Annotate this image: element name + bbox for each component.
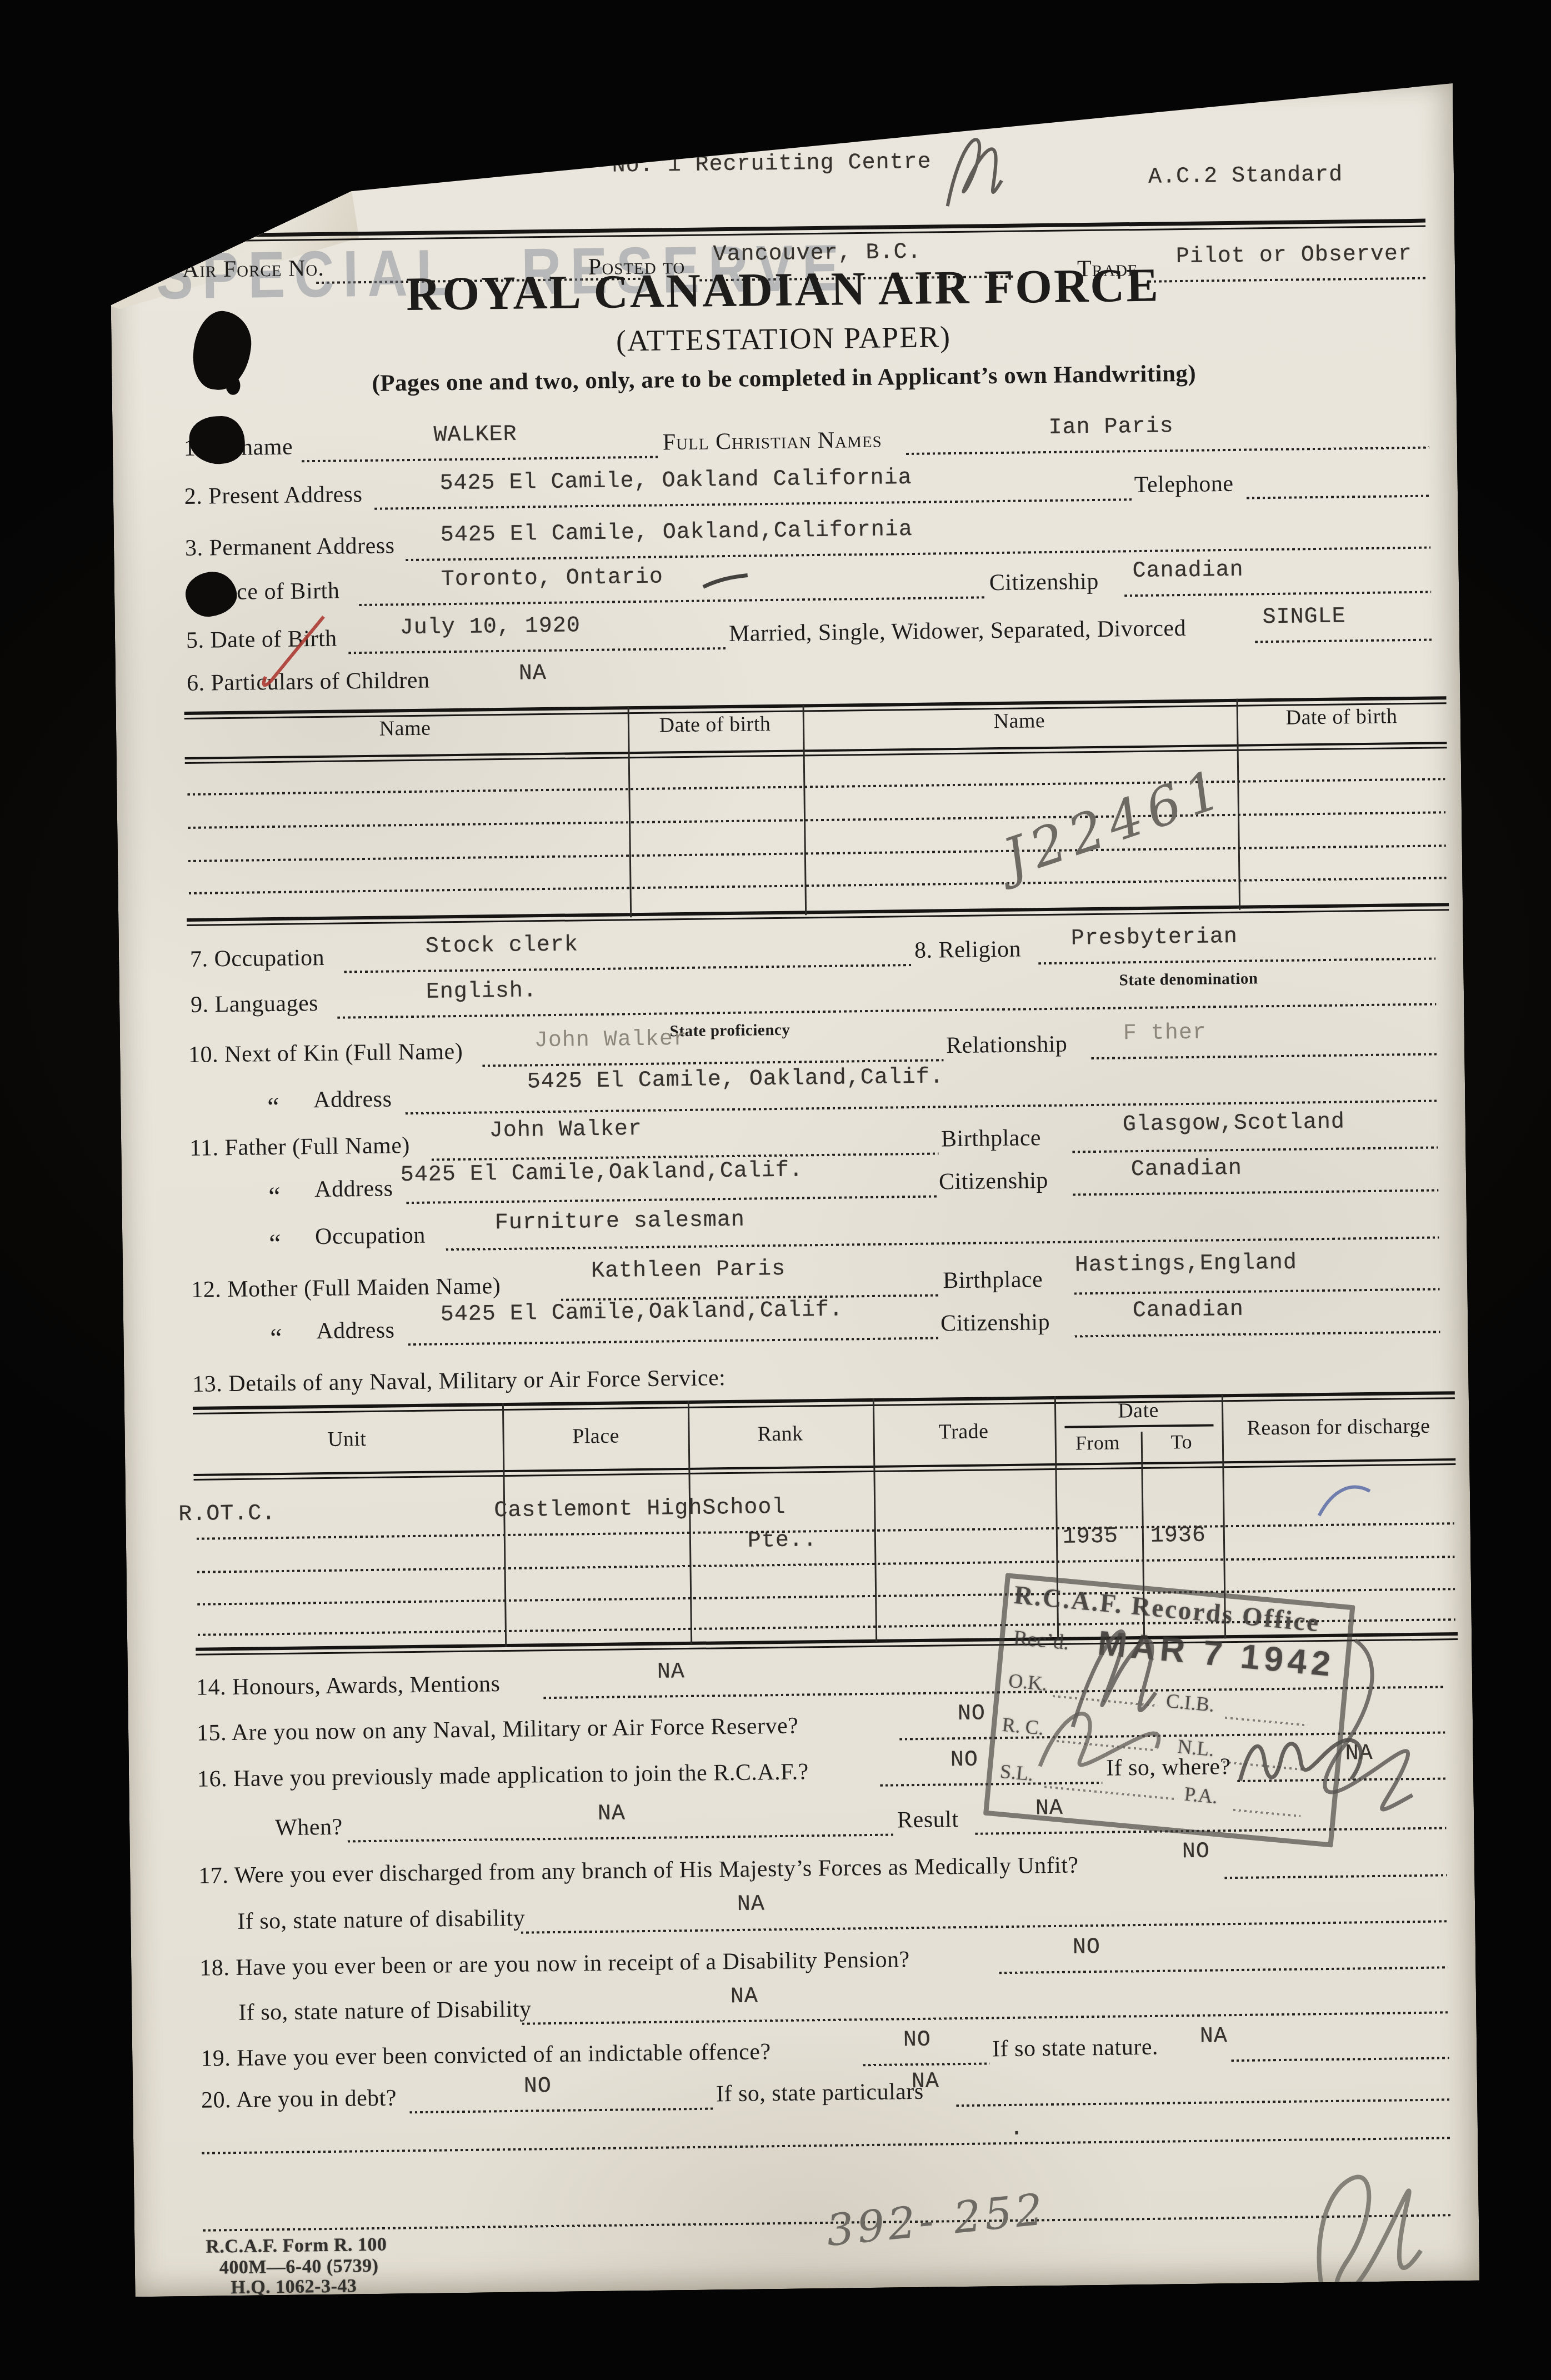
dotted-line — [1124, 591, 1431, 597]
svc-to-value: 1936 — [1150, 1523, 1207, 1549]
mother-address-label: Address — [316, 1317, 395, 1344]
convicted-question-label: 19. Have you ever been convicted of an i… — [201, 2038, 771, 2072]
dotted-line — [521, 1920, 1448, 1933]
ditto-mark: “ — [270, 1323, 282, 1353]
dotted-line — [1074, 1331, 1440, 1337]
reserve-question-value: NO — [958, 1701, 986, 1727]
dotted-line — [344, 964, 912, 973]
state-nature-label: If so state nature. — [992, 2034, 1158, 2063]
honours-label: 14. Honours, Awards, Mentions — [196, 1671, 501, 1701]
mother-address-value: 5425 El Camile,Oakland,Calif. — [441, 1298, 844, 1328]
dotted-line — [522, 2011, 1449, 2024]
svc-from-value: 1935 — [1063, 1524, 1119, 1550]
dotted-line — [408, 1337, 939, 1346]
dotted-line — [197, 1522, 1454, 1540]
debt-question-label: 20. Are you in debt? — [201, 2084, 397, 2113]
nok-address-label: Address — [313, 1086, 392, 1113]
dotted-line — [197, 1556, 1455, 1573]
dotted-line — [188, 844, 1446, 862]
mother-citizenship-value: Canadian — [1133, 1297, 1244, 1323]
table-column-line — [502, 1403, 507, 1647]
dotted-line — [202, 2137, 1450, 2154]
debt-particulars-label: If so, state particulars — [716, 2078, 924, 2108]
children-col-dob-1: Date of birth — [659, 712, 771, 737]
marital-status-value: SINGLE — [1262, 604, 1346, 630]
dotted-line — [337, 1003, 1436, 1018]
pension-question-label: 18. Have you ever been or are you now in… — [199, 1946, 910, 1982]
surname-value: WALKER — [433, 422, 517, 448]
place-of-birth-value: Toronto, Ontario — [441, 564, 664, 592]
when-label: When? — [275, 1814, 343, 1841]
svc-col-date: Date — [1118, 1398, 1159, 1423]
dotted-line — [1247, 495, 1430, 499]
mother-citizenship-label: Citizenship — [940, 1309, 1050, 1337]
telephone-label: Telephone — [1134, 471, 1233, 498]
next-of-kin-label: 10. Next of Kin (Full Name) — [188, 1038, 463, 1068]
reserve-question-label: 15. Are you now on any Naval, Military o… — [197, 1713, 799, 1747]
state-denomination-note: State denomination — [1119, 969, 1258, 989]
result-label: Result — [897, 1806, 959, 1833]
honours-value: NA — [657, 1659, 686, 1685]
mother-birthplace-value: Hastings,England — [1075, 1251, 1298, 1278]
svc-col-from: From — [1075, 1431, 1120, 1455]
dotted-line — [906, 447, 1429, 456]
previous-application-label: 16. Have you previously made application… — [197, 1758, 809, 1792]
ditto-mark: “ — [267, 1092, 279, 1122]
children-value: NA — [519, 661, 547, 687]
dotted-line — [348, 647, 726, 654]
dotted-line — [1073, 1189, 1438, 1196]
christian-names-value: Ian Paris — [1048, 414, 1174, 441]
father-name-value: John Walker — [489, 1117, 643, 1143]
table-border — [184, 696, 1447, 719]
svc-place-value: Castlemont HighSchool — [494, 1495, 786, 1523]
citizenship-value: Canadian — [1132, 558, 1244, 584]
page-subtitle: (ATTESTATION PAPER) — [616, 319, 952, 358]
dotted-line — [374, 498, 1132, 510]
occupation-value: Stock clerk — [426, 932, 579, 959]
dotted-line — [1231, 2057, 1449, 2062]
svc-rank-value: Pte.. — [748, 1528, 818, 1554]
discharged-unfit-label: 17. Were you ever discharged from any br… — [198, 1852, 1079, 1889]
state-proficiency-note: State proficiency — [670, 1021, 790, 1041]
mother-name-label: 12. Mother (Full Maiden Name) — [191, 1273, 501, 1303]
next-of-kin-value: John Walker — [534, 1027, 688, 1053]
date-of-birth-value: July 10, 1920 — [400, 613, 581, 641]
debt-question-value: NO — [524, 2074, 552, 2099]
citizenship-label: Citizenship — [989, 568, 1099, 596]
dotted-line — [1072, 1146, 1438, 1153]
handwritten-dash — [701, 570, 751, 593]
languages-value: English. — [426, 978, 538, 1004]
dotted-line — [863, 2062, 989, 2066]
languages-label: 9. Languages — [191, 990, 319, 1018]
when-value: NA — [598, 1801, 626, 1827]
father-birthplace-label: Birthplace — [941, 1124, 1042, 1152]
father-address-label: Address — [314, 1175, 393, 1203]
table-column-line — [873, 1398, 877, 1643]
dotted-line — [406, 547, 1430, 562]
dotted-line — [406, 1195, 937, 1204]
bottom-right-signature — [1289, 2128, 1458, 2352]
table-border — [185, 742, 1447, 764]
disability-nature-value: NA — [737, 1892, 766, 1917]
dotted-line — [1038, 957, 1435, 964]
handwriting-note: (Pages one and two, only, are to be comp… — [372, 360, 1196, 397]
air-force-no-value: R.157542 — [354, 148, 477, 178]
relationship-value: F ther — [1123, 1021, 1207, 1047]
svc-unit-value: R.OT.C. — [178, 1501, 276, 1527]
service-details-label: 13. Details of any Naval, Military or Ai… — [192, 1364, 726, 1398]
handwritten-number: 392- 252 — [824, 2184, 1048, 2256]
father-name-label: 11. Father (Full Name) — [189, 1132, 410, 1162]
recruiting-centre-value: No. 1 Recruiting Centre — [612, 149, 932, 178]
father-citizenship-label: Citizenship — [939, 1167, 1048, 1195]
father-occupation-value: Furniture salesman — [495, 1208, 746, 1236]
pension-nature-value: NA — [731, 1984, 759, 2010]
present-address-value: 5425 El Camile, Oakland California — [439, 466, 912, 496]
red-pen-mark — [253, 614, 337, 698]
children-col-dob-2: Date of birth — [1285, 704, 1397, 729]
svc-col-trade: Trade — [938, 1419, 988, 1444]
form-number-line1: R.C.A.F. Form R. 100 — [206, 2234, 387, 2258]
dotted-line — [446, 1236, 1439, 1251]
table-column-line — [803, 704, 807, 915]
children-col-name-1: Name — [379, 716, 431, 741]
present-address-label: 2. Present Address — [184, 481, 363, 510]
father-birthplace-value: Glasgow,Scotland — [1123, 1110, 1345, 1138]
form-number-line2: 400M—6-40 (5739) — [219, 2256, 379, 2278]
service-number-annotation: J22461 — [995, 757, 1234, 889]
svc-col-place: Place — [572, 1424, 619, 1449]
clerk-initials-signature — [930, 122, 1042, 217]
father-address-value: 5425 El Camile,Oakland,Calif. — [401, 1158, 804, 1188]
dotted-line — [999, 1966, 1448, 1974]
trade-value: Pilot or Observer — [1176, 242, 1413, 269]
dotted-line — [187, 778, 1445, 796]
disability-nature-label: If so, state nature of disability — [237, 1905, 526, 1935]
dotted-line — [409, 2108, 714, 2114]
mother-name-value: Kathleen Paris — [591, 1257, 786, 1284]
state-nature-value: NA — [1200, 2024, 1228, 2049]
table-column-line — [1237, 699, 1241, 910]
permanent-address-value: 5425 El Camile, Oakland,California — [441, 517, 913, 548]
father-occupation-label: Occupation — [315, 1222, 426, 1250]
dotted-line — [359, 596, 987, 606]
discharged-unfit-value: NO — [1182, 1839, 1210, 1865]
standard-value: A.C.2 Standard — [1148, 162, 1343, 189]
dotted-line — [1224, 1874, 1447, 1879]
convicted-question-value: NO — [903, 2028, 932, 2053]
children-col-name-2: Name — [993, 708, 1045, 733]
christian-names-label: Full Christian Names — [662, 427, 882, 456]
religion-value: Presbyterian — [1070, 924, 1238, 952]
religion-label: 8. Religion — [914, 936, 1022, 964]
dotted-line — [1255, 639, 1432, 643]
posted-to-value: Vancouver, B.C. — [713, 240, 922, 268]
permanent-address-label: 3. Permanent Address — [185, 532, 395, 562]
blue-pen-mark — [1314, 1479, 1376, 1524]
table-border — [187, 903, 1449, 926]
dotted-line — [188, 811, 1445, 829]
ink-blot — [189, 308, 255, 393]
debt-particulars-value: NA — [912, 2069, 940, 2095]
ink-blot — [226, 376, 240, 395]
date-underline — [1064, 1424, 1213, 1428]
table-border — [193, 1458, 1455, 1481]
relationship-label: Relationship — [946, 1031, 1068, 1059]
ditto-mark: “ — [269, 1228, 281, 1259]
mother-birthplace-label: Birthplace — [943, 1266, 1043, 1294]
svc-col-rank: Rank — [757, 1421, 803, 1446]
dotted-line — [956, 2098, 1449, 2107]
air-force-no-label: Air Force No. — [182, 255, 324, 283]
svc-col-unit: Unit — [328, 1427, 367, 1452]
pension-nature-label: If so, state nature of Disability — [238, 1996, 532, 2026]
dotted-line — [1148, 277, 1426, 283]
scan-background: Air Force No. R.157542 No. 1 Recruiting … — [0, 0, 1551, 2380]
previous-application-value: NO — [950, 1748, 979, 1773]
ditto-mark: “ — [268, 1181, 281, 1212]
occupation-label: 7. Occupation — [190, 944, 325, 973]
stray-period: . — [1010, 2117, 1024, 2142]
dotted-line — [302, 456, 660, 462]
dotted-line — [1074, 1288, 1440, 1294]
ink-blot — [183, 569, 239, 619]
marital-status-label: Married, Single, Widower, Separated, Div… — [729, 615, 1187, 647]
form-number-line3: H.Q. 1062-3-43 — [231, 2276, 357, 2298]
dotted-line — [1091, 1053, 1437, 1059]
attestation-paper: Air Force No. R.157542 No. 1 Recruiting … — [108, 83, 1479, 2297]
svc-col-reason: Reason for discharge — [1247, 1414, 1430, 1441]
father-citizenship-value: Canadian — [1131, 1156, 1243, 1182]
page-title: ROYAL CANADIAN AIR FORCE — [406, 257, 1160, 322]
table-column-line — [688, 1401, 692, 1645]
nok-address-value: 5425 El Camile, Oakland,Calif. — [527, 1064, 944, 1094]
if-so-where-label: If so, where? — [1106, 1753, 1231, 1782]
svc-col-to: To — [1170, 1430, 1192, 1453]
pension-question-value: NO — [1073, 1935, 1101, 1961]
dotted-line — [189, 877, 1447, 894]
handwritten-where-answer — [1234, 1712, 1379, 1803]
table-column-line — [628, 706, 632, 917]
dotted-line — [347, 1834, 894, 1843]
